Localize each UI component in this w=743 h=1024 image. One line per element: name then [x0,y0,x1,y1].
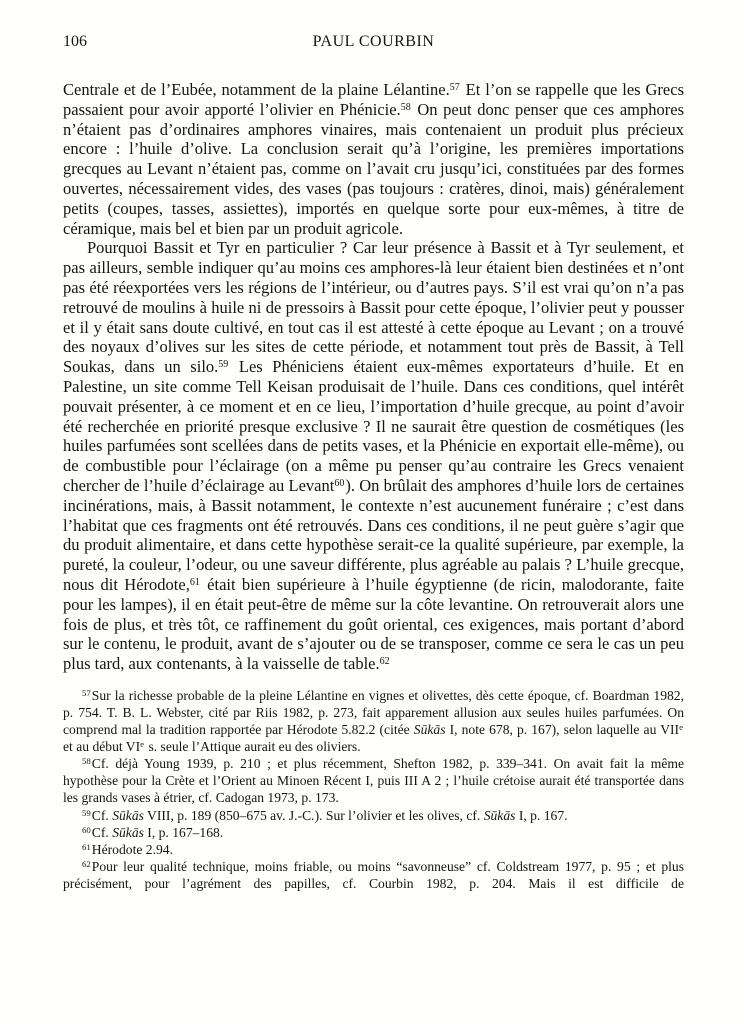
footnote-ref: 59 [82,808,92,818]
page-header: 106 PAUL COURBIN [63,33,684,53]
footnote-ref: 61 [82,842,92,852]
running-title: PAUL COURBIN [63,33,684,51]
italic-title: Sūkās [484,808,516,823]
footnote-60: 60Cf. Sūkās I, p. 167–168. [63,824,684,841]
footnote-ref: 57 [82,688,92,698]
footnote-ref: 58 [82,756,92,766]
footnote-ref: 62 [380,656,391,667]
footnote-57: 57Sur la richesse probable de la pleine … [63,687,684,755]
footnote-ref: 62 [82,859,92,869]
footnote-ref: 57 [450,82,461,93]
italic-title: Sūkās [112,808,144,823]
footnote-ref: 61 [190,577,201,588]
footnote-ref: 58 [401,102,412,113]
italic-title: Sūkās [112,825,144,840]
footnote-61: 61Hérodote 2.94. [63,841,684,858]
document-page: 106 PAUL COURBIN Centrale et de l’Eubée,… [0,0,743,1024]
footnote-ref: e [679,722,684,732]
footnote-ref: 60 [334,478,345,489]
footnote-ref: 60 [82,825,92,835]
italic-title: Sūkās [414,722,446,737]
page-number: 106 [63,33,87,51]
footnote-ref: 59 [218,359,229,370]
footnote-ref: e [140,739,145,749]
body-text: Centrale et de l’Eubée, notamment de la … [63,80,684,674]
footnotes-section: 57Sur la richesse probable de la pleine … [63,687,684,892]
paragraph-pourquoi-bassit: Pourquoi Bassit et Tyr en particulier ? … [63,238,684,674]
footnote-58: 58Cf. déjà Young 1939, p. 210 ; et plus … [63,755,684,806]
paragraph-continuation: Centrale et de l’Eubée, notamment de la … [63,80,684,238]
footnote-62: 62Pour leur qualité technique, moins fri… [63,858,684,892]
footnote-59: 59Cf. Sūkās VIII, p. 189 (850–675 av. J.… [63,807,684,824]
